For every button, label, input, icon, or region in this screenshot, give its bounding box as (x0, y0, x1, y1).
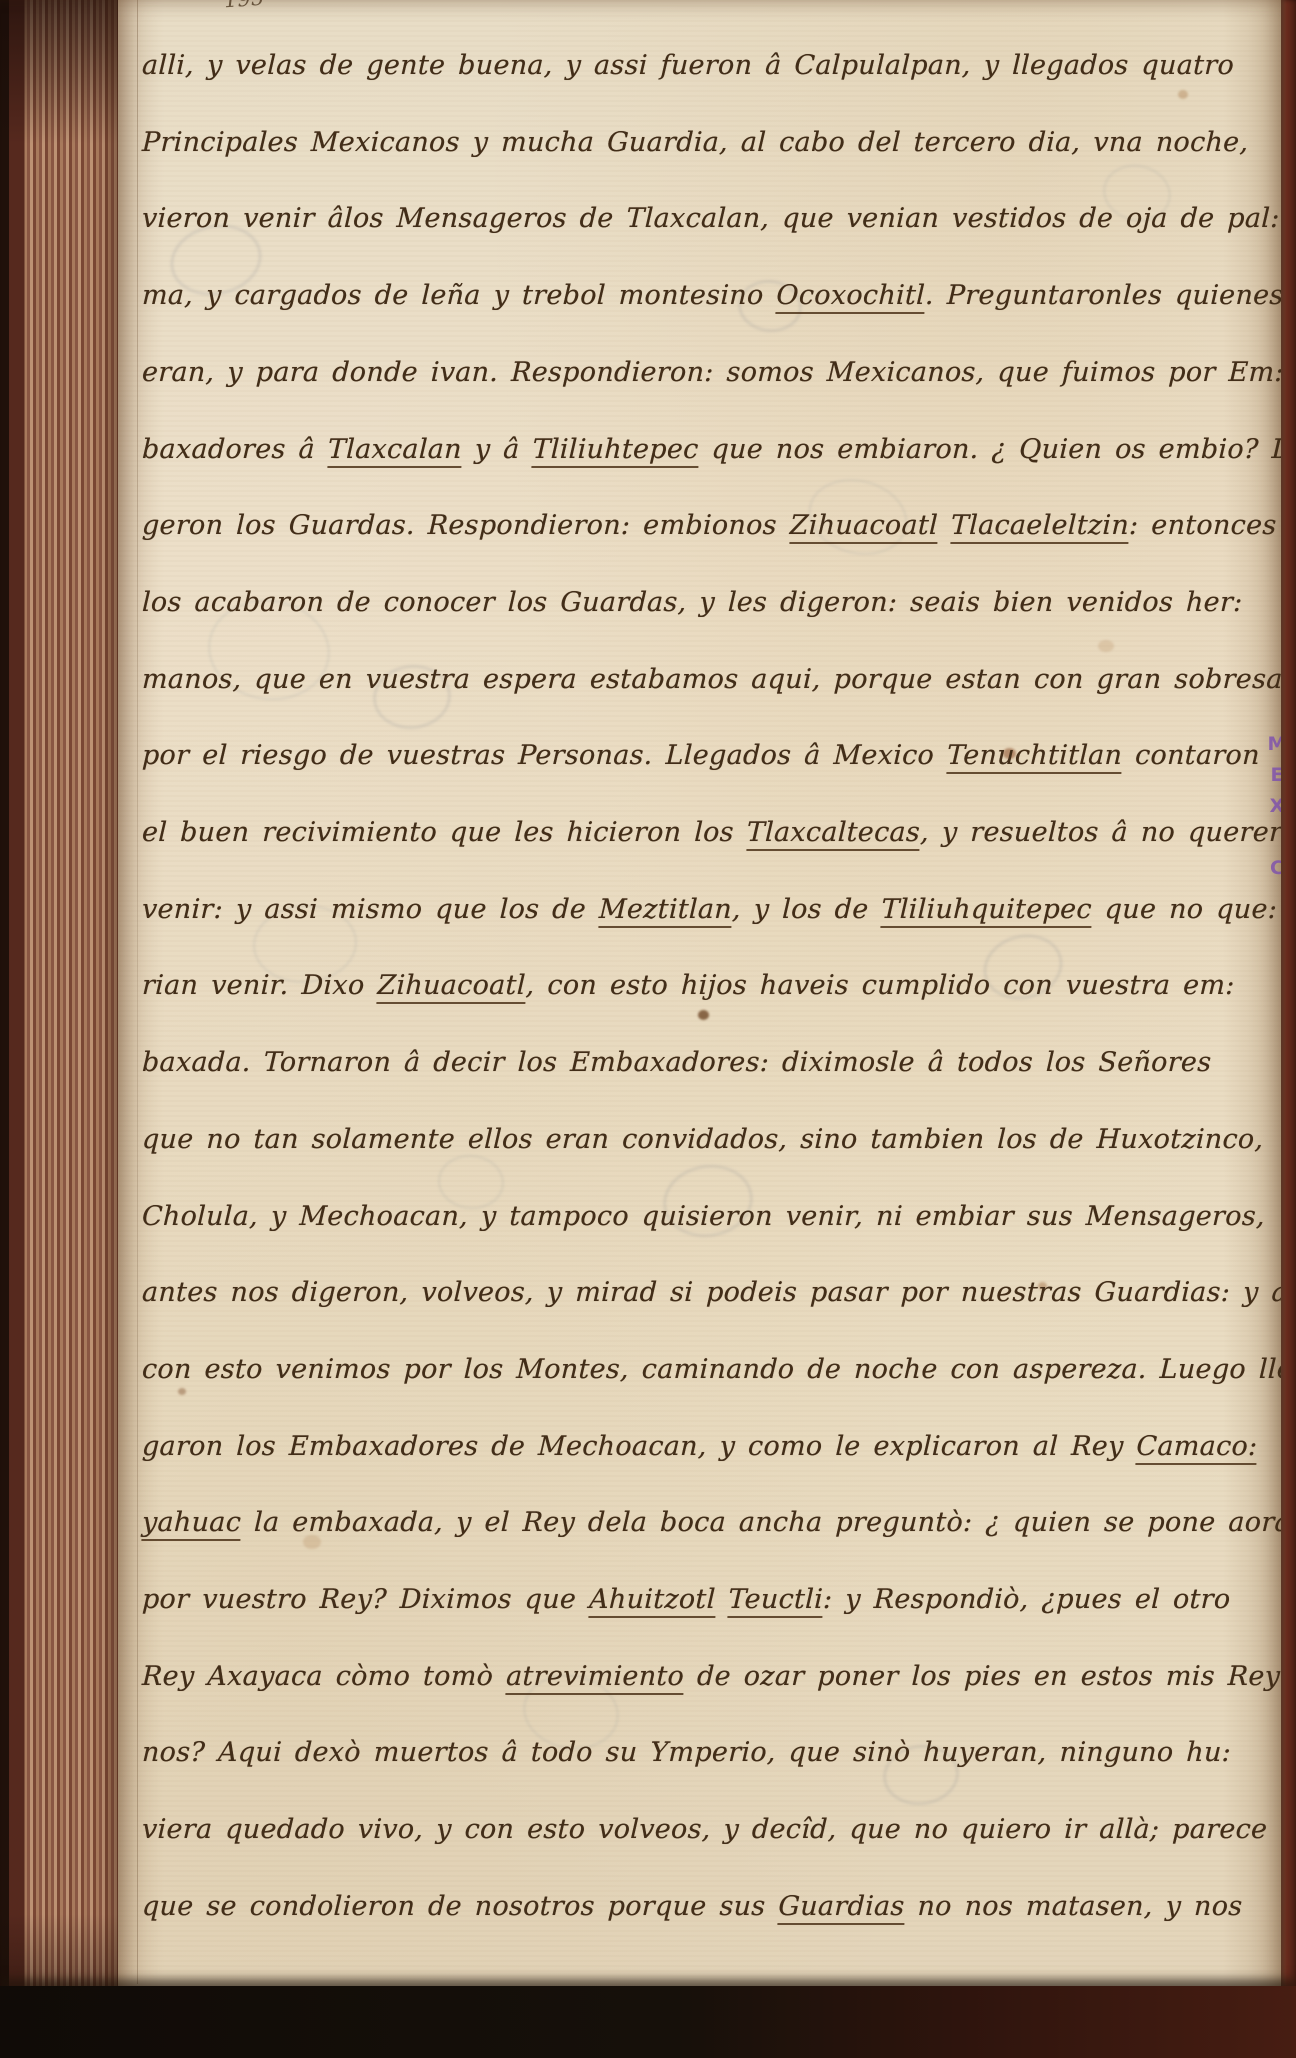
manuscript-line: vieron venir âlos Mensageros de Tlaxcala… (141, 199, 1280, 239)
manuscript-line: rian venir. Dixo Zihuacoatl, con esto hi… (141, 966, 1235, 1006)
manuscript-line: por el riesgo de vuestras Personas. Lleg… (141, 736, 1260, 776)
manuscript-text: alli, y velas de gente buena, y assi fue… (142, 0, 1281, 2058)
book-spine-right (1281, 0, 1296, 2058)
manuscript-line: ma, y cargados de leña y trebol montesin… (141, 276, 1281, 316)
manuscript-line: alli, y velas de gente buena, y assi fue… (141, 46, 1234, 86)
book-cover-bottom (0, 1986, 1296, 2058)
manuscript-line: geron los Guardas. Respondieron: embiono… (141, 506, 1277, 546)
manuscript-line: el buen recivimiento que les hicieron lo… (141, 813, 1281, 853)
book-page-edges (0, 0, 118, 2058)
manuscript-line: viera quedado vivo, y con esto volveos, … (141, 1810, 1268, 1850)
manuscript-line: yahuac la embaxada, y el Rey dela boca a… (141, 1503, 1281, 1543)
archive-stamp: MEX C (1266, 733, 1281, 888)
manuscript-page: 195 alli, y velas de gente buena, y assi… (118, 0, 1281, 2058)
manuscript-line: que se condolieron de nosotros porque su… (141, 1887, 1243, 1927)
manuscript-line: Cholula, y Mechoacan, y tampoco quisiero… (141, 1197, 1265, 1237)
manuscript-line: por vuestro Rey? Diximos que Ahuitzotl T… (141, 1580, 1231, 1620)
manuscript-line: venir: y assi mismo que los de Meztitlan… (141, 890, 1278, 930)
manuscript-line: antes nos digeron, volveos, y mirad si p… (141, 1273, 1281, 1313)
manuscript-line: nos? Aqui dexò muertos â todo su Ymperio… (141, 1733, 1231, 1773)
manuscript-line: los acabaron de conocer los Guardas, y l… (141, 583, 1243, 623)
margin-rule (137, 0, 138, 1984)
manuscript-line: que no tan solamente ellos eran convidad… (141, 1120, 1264, 1160)
manuscript-line: garon los Embaxadores de Mechoacan, y co… (141, 1427, 1258, 1467)
manuscript-line: eran, y para donde ivan. Respondieron: s… (141, 353, 1281, 393)
manuscript-line: baxada. Tornaron â decir los Embaxadores… (141, 1043, 1212, 1083)
manuscript-line: manos, que en vuestra espera estabamos a… (141, 660, 1281, 700)
manuscript-line: baxadores â Tlaxcalan y â Tliliuhtepec q… (141, 430, 1281, 470)
manuscript-line: Principales Mexicanos y mucha Guardia, a… (141, 123, 1249, 163)
manuscript-line: Rey Axayaca còmo tomò atrevimiento de oz… (141, 1657, 1281, 1697)
manuscript-line: con esto venimos por los Montes, caminan… (141, 1350, 1281, 1390)
